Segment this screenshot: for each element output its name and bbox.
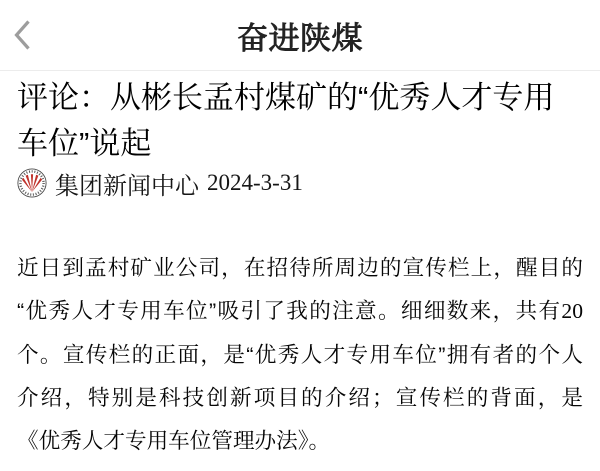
- body-text-line: “优秀人才专用车位”吸引了我的注意。细细数来，共有20: [17, 289, 583, 333]
- publisher-name: 集团新闻中心: [55, 166, 199, 201]
- publish-date: 2024-3-31: [207, 170, 303, 196]
- article-title-line-1: 评论：从彬长孟村煤矿的“优秀人才专用: [17, 75, 583, 121]
- body-text-line: 《优秀人才专用车位管理办法》。: [17, 419, 583, 462]
- article-body: 近日到孟村矿业公司，在招待所周边的宣传栏上，醒目的“优秀人才专用车位”吸引了我的…: [17, 246, 583, 462]
- article-title-line-2: 车位”说起: [17, 121, 583, 167]
- article-page: 奋进陕煤 评论：从彬长孟村煤矿的“优秀人才专用 车位”说起 集团新闻中心 202…: [0, 0, 600, 471]
- article-title: 评论：从彬长孟村煤矿的“优秀人才专用 车位”说起: [17, 75, 583, 167]
- back-button[interactable]: [12, 15, 46, 55]
- article: 评论：从彬长孟村煤矿的“优秀人才专用 车位”说起 集团新闻中心 2024-3-3…: [0, 75, 600, 462]
- body-text-line: 介绍，特别是科技创新项目的介绍；宣传栏的背面，是: [17, 376, 583, 419]
- body-text-line: 近日到孟村矿业公司，在招待所周边的宣传栏上，醒目的: [17, 246, 583, 289]
- byline[interactable]: 集团新闻中心 2024-3-31: [17, 168, 583, 198]
- account-title: 奋进陕煤: [237, 13, 363, 58]
- chevron-left-icon: [12, 19, 32, 51]
- publisher-logo-icon: [17, 168, 47, 198]
- body-text-line: 个。宣传栏的正面，是“优秀人才专用车位”拥有者的个人: [17, 333, 583, 376]
- top-bar: 奋进陕煤: [0, 0, 600, 71]
